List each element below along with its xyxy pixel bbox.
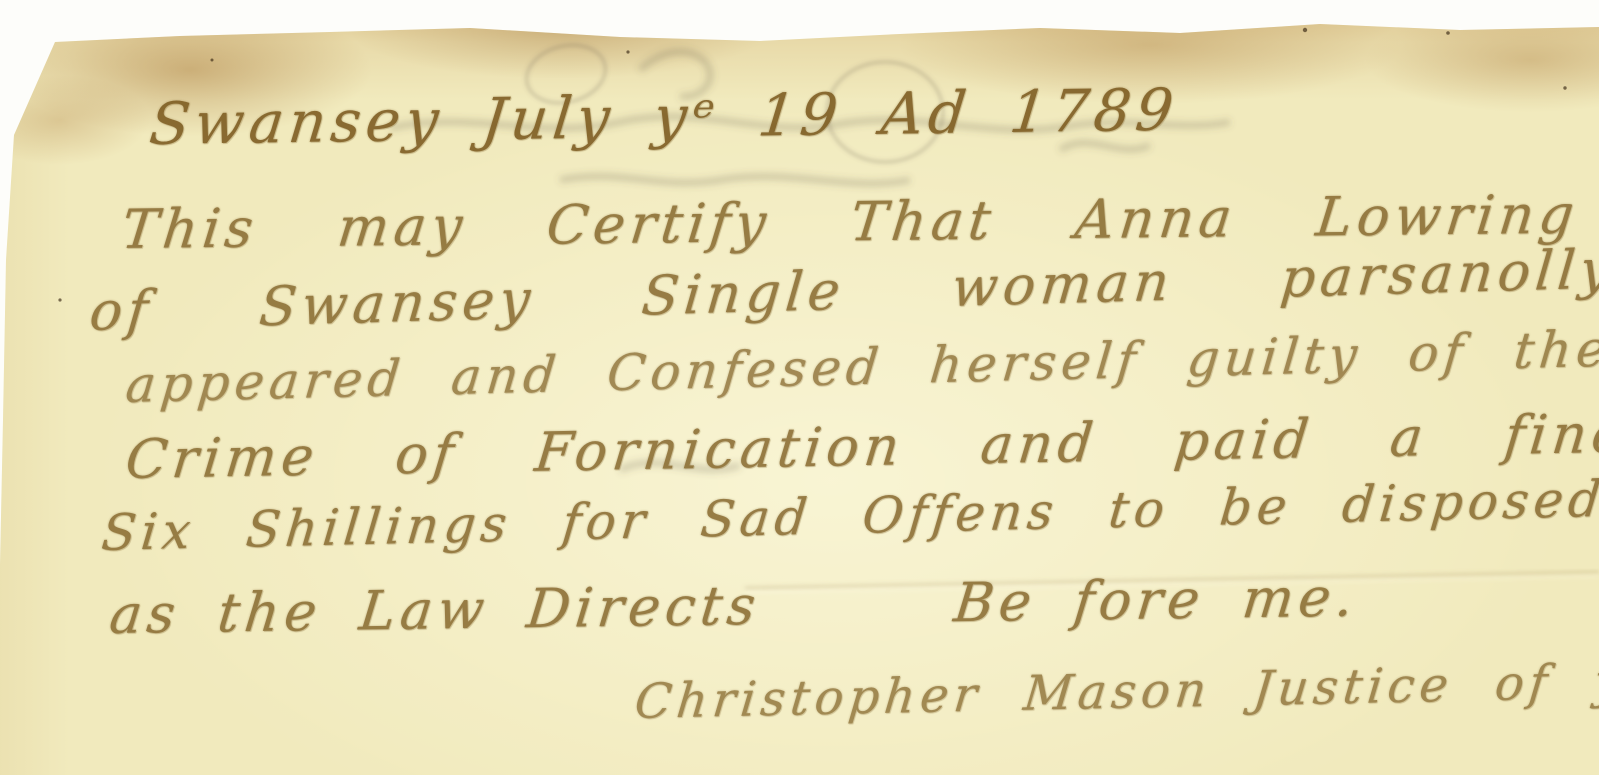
manuscript-dateline: Swansey July yᵉ 19 Ad 1789 <box>147 81 1181 153</box>
paper-sheet: Swansey July yᵉ 19 Ad 1789 This may Cert… <box>0 0 1599 775</box>
signature-line: Christopher Mason Justice of yᵉ peace <box>633 652 1599 726</box>
scanned-document: Swansey July yᵉ 19 Ad 1789 This may Cert… <box>0 0 1599 775</box>
manuscript-line-law-directs: as the Law Directs Be fore me. <box>107 571 1361 643</box>
manuscript-line-appeared: appeared and Confesed herself guilty of … <box>124 324 1599 410</box>
